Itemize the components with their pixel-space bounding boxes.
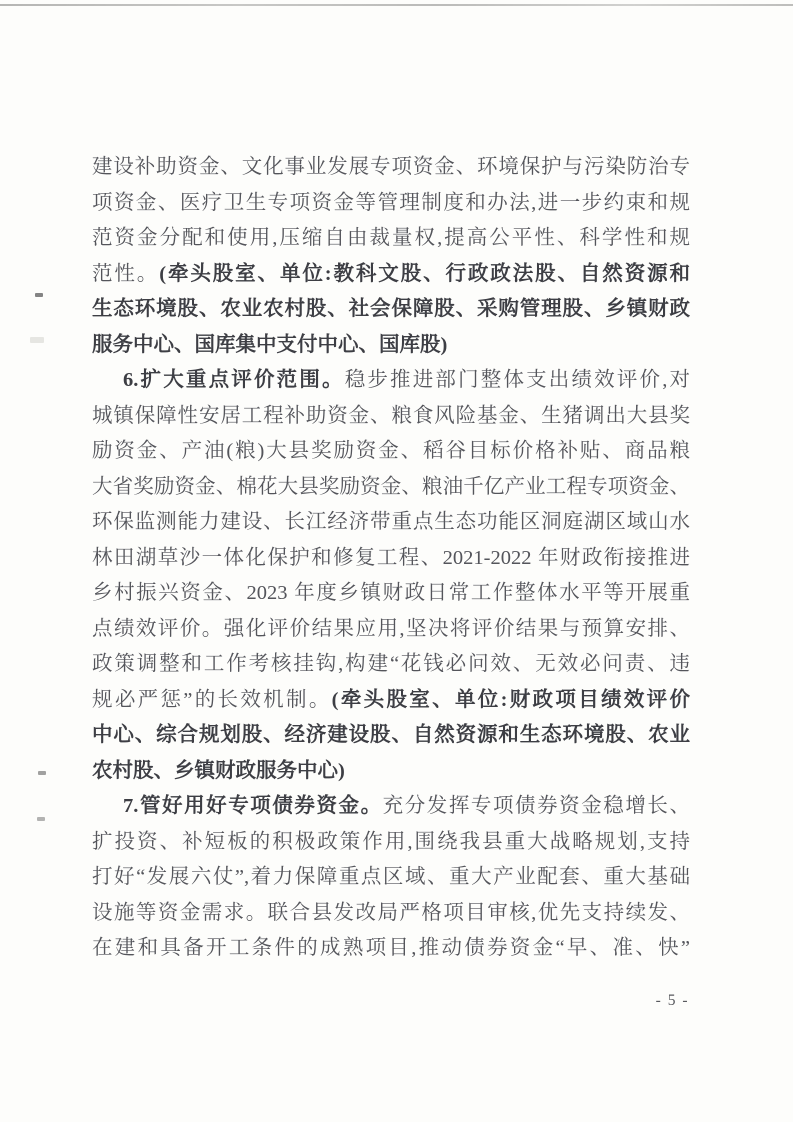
lead-units-annotation: 服务中心、国库集中支付中心、国库股): [92, 334, 447, 356]
text-run: 林田湖草沙一体化保护和修复工程、2021-2022 年财政衔接推进: [92, 547, 690, 569]
lead-units-annotation: (牵头股室、单位:财政项目绩效评价: [332, 689, 690, 711]
text-line: 打好“发展六仗”,着力保障重点区域、重大产业配套、重大基础: [92, 860, 690, 896]
text-line: 7.管好用好专项债券资金。充分发挥专项债券资金稳增长、: [92, 789, 690, 825]
text-run: 建设补助资金、文化事业发展专项资金、环境保护与污染防治专: [92, 156, 690, 178]
text-line: 励资金、产油(粮)大县奖励资金、稻谷目标价格补贴、商品粮: [92, 434, 690, 470]
text-line: 项资金、医疗卫生专项资金等管理制度和办法,进一步约束和规: [92, 186, 690, 222]
text-line: 乡村振兴资金、2023 年度乡镇财政日常工作整体水平等开展重: [92, 576, 690, 612]
text-run: 大省奖励资金、棉花大县奖励资金、粮油千亿产业工程专项资金、: [92, 476, 690, 498]
text-line: 城镇保障性安居工程补助资金、粮食风险基金、生猪调出大县奖: [92, 399, 690, 435]
text-run: 点绩效评价。强化评价结果应用,坚决将评价结果与预算安排、: [92, 618, 690, 640]
section-7-heading: 7.管好用好专项债券资金。: [123, 795, 383, 817]
scan-speck: [37, 817, 45, 821]
text-run: 在建和具备开工条件的成熟项目,推动债券资金“早、准、快”: [92, 937, 690, 959]
text-line: 规必严惩”的长效机制。(牵头股室、单位:财政项目绩效评价: [92, 683, 690, 719]
text-line: 政策调整和工作考核挂钩,构建“花钱必问效、无效必问责、违: [92, 647, 690, 683]
text-line: 服务中心、国库集中支付中心、国库股): [92, 328, 690, 364]
scan-speck: [30, 337, 44, 343]
text-line: 设施等资金需求。联合县发改局严格项目审核,优先支持续发、: [92, 896, 690, 932]
text-line: 中心、综合规划股、经济建设股、自然资源和生态环境股、农业: [92, 718, 690, 754]
text-run: 政策调整和工作考核挂钩,构建“花钱必问效、无效必问责、违: [92, 653, 690, 675]
text-line: 6.扩大重点评价范围。稳步推进部门整体支出绩效评价,对: [92, 363, 690, 399]
text-line: 生态环境股、农业农村股、社会保障股、采购管理股、乡镇财政: [92, 292, 690, 328]
text-run: 项资金、医疗卫生专项资金等管理制度和办法,进一步约束和规: [92, 192, 690, 214]
text-line: 大省奖励资金、棉花大县奖励资金、粮油千亿产业工程专项资金、: [92, 470, 690, 506]
text-run: 范资金分配和使用,压缩自由裁量权,提高公平性、科学性和规: [92, 227, 690, 249]
text-line: 点绩效评价。强化评价结果应用,坚决将评价结果与预算安排、: [92, 612, 690, 648]
scan-speck: [35, 293, 43, 297]
text-line: 农村股、乡镇财政服务中心): [92, 754, 690, 790]
text-run: 充分发挥专项债券资金稳增长、: [383, 795, 690, 817]
text-line: 范性。(牵头股室、单位:教科文股、行政政法股、自然资源和: [92, 257, 690, 293]
text-run: 扩投资、补短板的积极政策作用,围绕我县重大战略规划,支持: [92, 831, 690, 853]
text-run: 打好“发展六仗”,着力保障重点区域、重大产业配套、重大基础: [92, 866, 690, 888]
lead-units-annotation: 中心、综合规划股、经济建设股、自然资源和生态环境股、农业: [92, 724, 690, 746]
text-line: 范资金分配和使用,压缩自由裁量权,提高公平性、科学性和规: [92, 221, 690, 257]
lead-units-annotation: (牵头股室、单位:教科文股、行政政法股、自然资源和: [159, 263, 690, 285]
text-line: 林田湖草沙一体化保护和修复工程、2021-2022 年财政衔接推进: [92, 541, 690, 577]
scan-edge-artifact: [0, 4, 793, 6]
text-run: 城镇保障性安居工程补助资金、粮食风险基金、生猪调出大县奖: [92, 405, 690, 427]
text-line: 建设补助资金、文化事业发展专项资金、环境保护与污染防治专: [92, 150, 690, 186]
text-run: 设施等资金需求。联合县发改局严格项目审核,优先支持续发、: [92, 902, 690, 924]
scan-speck: [38, 771, 46, 775]
section-6-heading: 6.扩大重点评价范围。: [123, 369, 345, 391]
document-page: 建设补助资金、文化事业发展专项资金、环境保护与污染防治专 项资金、医疗卫生专项资…: [0, 0, 793, 1122]
text-run: 范性。: [92, 263, 159, 285]
text-line: 在建和具备开工条件的成熟项目,推动债券资金“早、准、快”: [92, 931, 690, 967]
lead-units-annotation: 生态环境股、农业农村股、社会保障股、采购管理股、乡镇财政: [92, 298, 690, 320]
text-line: 扩投资、补短板的积极政策作用,围绕我县重大战略规划,支持: [92, 825, 690, 861]
text-run: 乡村振兴资金、2023 年度乡镇财政日常工作整体水平等开展重: [92, 582, 690, 604]
document-body: 建设补助资金、文化事业发展专项资金、环境保护与污染防治专 项资金、医疗卫生专项资…: [92, 150, 690, 967]
text-run: 规必严惩”的长效机制。: [92, 689, 332, 711]
text-run: 环保监测能力建设、长江经济带重点生态功能区洞庭湖区域山水: [92, 511, 690, 533]
text-run: 稳步推进部门整体支出绩效评价,对: [345, 369, 690, 391]
text-line: 环保监测能力建设、长江经济带重点生态功能区洞庭湖区域山水: [92, 505, 690, 541]
lead-units-annotation: 农村股、乡镇财政服务中心): [92, 760, 345, 782]
page-number: - 5 -: [656, 992, 689, 1010]
text-run: 励资金、产油(粮)大县奖励资金、稻谷目标价格补贴、商品粮: [92, 440, 690, 462]
